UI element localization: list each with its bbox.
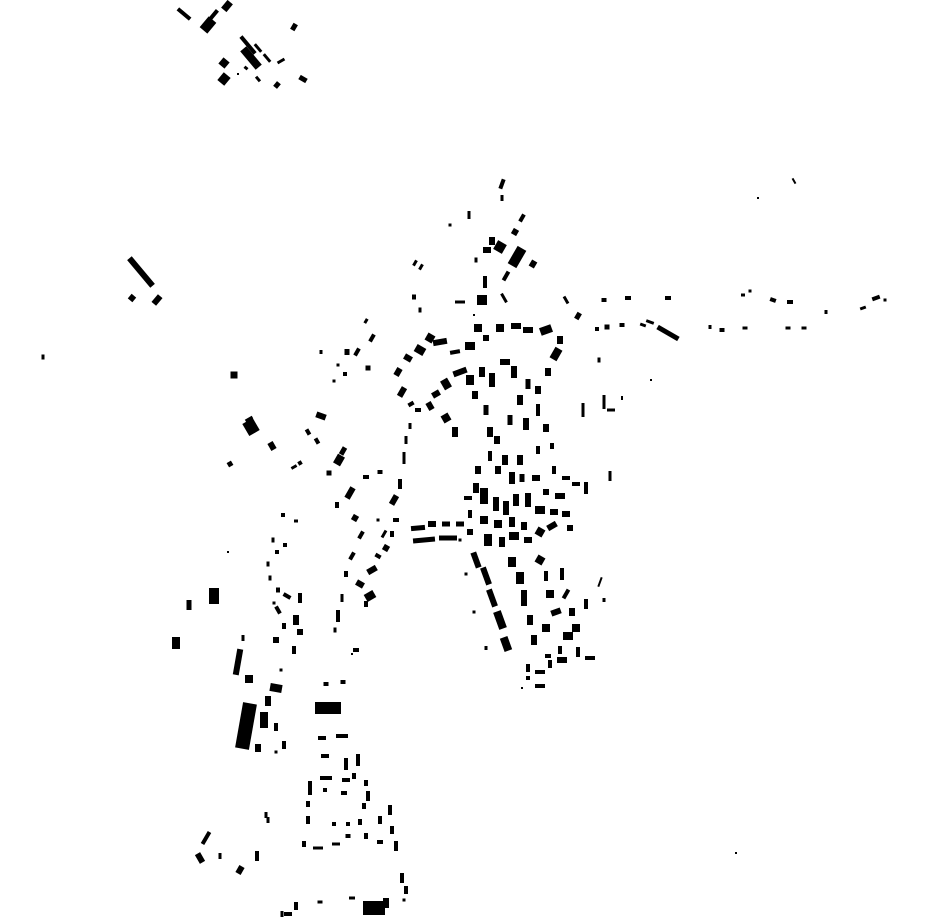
building-footprint bbox=[374, 553, 381, 559]
building-footprint bbox=[825, 310, 828, 314]
building-footprint bbox=[550, 607, 561, 616]
building-footprint bbox=[542, 624, 550, 632]
building-footprint bbox=[255, 76, 261, 83]
building-footprint bbox=[337, 364, 340, 367]
building-footprint bbox=[414, 344, 427, 356]
building-footprint bbox=[499, 537, 505, 547]
building-footprint bbox=[523, 418, 529, 430]
building-footprint bbox=[472, 391, 478, 399]
building-footprint bbox=[572, 482, 580, 486]
building-footprint bbox=[364, 601, 368, 607]
building-footprint bbox=[526, 379, 531, 389]
building-footprint bbox=[527, 615, 533, 625]
building-footprint bbox=[219, 853, 222, 859]
building-footprint bbox=[749, 290, 752, 293]
building-footprint bbox=[255, 744, 261, 752]
building-footprint bbox=[218, 57, 229, 68]
building-footprint bbox=[572, 624, 580, 632]
building-footprint bbox=[543, 424, 549, 432]
building-footprint bbox=[315, 411, 326, 420]
building-footprint bbox=[172, 637, 180, 649]
building-footprint bbox=[320, 776, 332, 780]
building-footprint bbox=[488, 451, 492, 461]
building-footprint bbox=[625, 296, 631, 300]
building-footprint bbox=[523, 327, 533, 333]
building-footprint bbox=[543, 489, 549, 495]
building-footprint bbox=[545, 654, 551, 658]
building-footprint bbox=[407, 401, 414, 407]
building-footprint bbox=[227, 551, 229, 553]
building-footprint bbox=[517, 455, 523, 465]
building-footprint bbox=[388, 805, 392, 815]
building-footprint bbox=[187, 600, 192, 610]
building-footprint bbox=[511, 323, 521, 329]
building-footprint bbox=[263, 53, 272, 63]
building-footprint bbox=[757, 197, 759, 199]
building-footprint bbox=[431, 389, 441, 398]
building-footprint bbox=[473, 483, 479, 493]
building-footprint bbox=[494, 520, 502, 528]
building-footprint bbox=[464, 496, 472, 500]
building-footprint bbox=[364, 833, 368, 839]
building-footprint bbox=[313, 847, 323, 850]
figure-ground-map bbox=[0, 0, 930, 924]
building-footprint bbox=[860, 306, 867, 311]
building-footprint bbox=[508, 557, 516, 567]
building-footprint bbox=[341, 680, 346, 684]
building-footprint bbox=[298, 593, 302, 603]
building-footprint bbox=[621, 396, 623, 400]
building-footprint bbox=[245, 675, 253, 683]
building-footprint bbox=[409, 423, 412, 429]
building-footprint bbox=[265, 696, 271, 706]
building-footprint bbox=[872, 295, 881, 301]
building-footprint bbox=[332, 822, 336, 826]
building-footprint bbox=[378, 470, 383, 474]
building-footprint bbox=[495, 466, 501, 474]
building-footprint bbox=[474, 324, 482, 332]
building-footprint bbox=[479, 367, 485, 377]
building-footprint bbox=[769, 297, 776, 303]
building-footprint bbox=[363, 901, 385, 915]
building-footprint bbox=[425, 401, 434, 411]
building-footprint bbox=[344, 486, 355, 499]
building-footprint bbox=[884, 299, 887, 302]
building-footprint bbox=[536, 446, 540, 454]
building-footprint bbox=[473, 611, 476, 614]
building-footprint bbox=[465, 342, 475, 350]
building-footprint bbox=[284, 912, 292, 916]
building-footprint bbox=[459, 539, 462, 542]
building-footprint bbox=[524, 537, 532, 543]
building-footprint bbox=[467, 529, 473, 535]
building-footprint bbox=[560, 568, 564, 580]
building-footprint bbox=[269, 576, 272, 581]
building-footprint bbox=[529, 259, 538, 268]
building-footprint bbox=[516, 572, 524, 584]
building-footprint bbox=[362, 803, 366, 809]
building-footprint bbox=[415, 408, 421, 412]
building-footprint bbox=[440, 378, 452, 391]
building-footprint bbox=[281, 513, 285, 517]
building-footprint bbox=[336, 734, 348, 738]
building-footprint bbox=[484, 405, 489, 415]
building-footprint bbox=[267, 441, 276, 451]
building-footprint bbox=[357, 531, 364, 540]
building-footprint bbox=[574, 312, 582, 321]
building-footprint bbox=[302, 841, 306, 847]
building-footprint bbox=[315, 702, 341, 714]
building-footprint bbox=[498, 179, 505, 190]
building-footprint bbox=[272, 538, 275, 543]
building-footprint bbox=[597, 577, 602, 587]
building-footprint bbox=[787, 300, 793, 304]
building-footprint bbox=[535, 684, 545, 688]
building-footprint bbox=[394, 841, 398, 851]
building-footprint bbox=[536, 404, 540, 416]
building-footprint bbox=[603, 395, 606, 409]
building-footprint bbox=[480, 488, 488, 504]
building-footprint bbox=[321, 754, 329, 758]
building-footprint bbox=[465, 573, 468, 576]
building-footprint bbox=[741, 294, 745, 297]
building-footprint bbox=[274, 723, 278, 731]
building-footprint bbox=[520, 474, 525, 482]
building-footprint bbox=[344, 758, 348, 770]
building-footprint bbox=[363, 475, 369, 479]
building-footprint bbox=[802, 327, 807, 330]
building-footprint bbox=[743, 327, 748, 330]
building-footprint bbox=[585, 656, 595, 660]
building-footprint bbox=[546, 521, 558, 531]
building-footprint bbox=[291, 464, 298, 470]
building-footprint bbox=[233, 649, 243, 676]
building-footprint bbox=[509, 532, 519, 540]
building-footprint bbox=[503, 501, 509, 515]
building-footprint bbox=[151, 294, 162, 306]
building-footprint bbox=[486, 589, 498, 608]
building-footprint bbox=[496, 324, 504, 332]
building-footprint bbox=[297, 460, 302, 465]
building-footprint bbox=[237, 73, 239, 75]
building-footprint bbox=[442, 522, 450, 527]
building-footprint bbox=[709, 325, 712, 329]
building-footprint bbox=[273, 81, 281, 89]
building-footprint bbox=[403, 353, 413, 362]
building-footprint bbox=[508, 415, 513, 425]
building-footprint bbox=[343, 372, 347, 376]
building-footprint bbox=[306, 801, 310, 807]
building-footprint bbox=[390, 531, 394, 537]
building-footprint bbox=[584, 482, 588, 494]
building-footprint bbox=[485, 646, 488, 650]
building-footprint bbox=[508, 246, 527, 268]
building-footprint bbox=[332, 843, 340, 846]
building-footprint bbox=[609, 471, 612, 481]
building-footprint bbox=[500, 636, 512, 652]
building-footprint bbox=[602, 298, 607, 302]
building-footprint bbox=[353, 648, 359, 652]
building-footprint bbox=[341, 791, 347, 795]
building-footprint bbox=[242, 635, 245, 641]
building-footprint bbox=[493, 610, 507, 630]
building-footprint bbox=[298, 75, 307, 83]
building-footprint bbox=[294, 520, 298, 523]
building-footprint bbox=[377, 519, 380, 522]
building-footprint bbox=[546, 590, 554, 598]
building-footprint bbox=[383, 898, 389, 908]
building-footprint bbox=[314, 437, 320, 444]
building-footprint bbox=[640, 323, 647, 328]
building-footprint bbox=[518, 214, 525, 223]
building-footprint bbox=[334, 628, 337, 633]
building-footprint bbox=[563, 632, 573, 640]
building-footprint bbox=[419, 308, 422, 313]
building-footprint bbox=[483, 276, 487, 288]
building-footprint bbox=[555, 493, 565, 499]
building-footprint bbox=[217, 72, 230, 85]
building-footprint bbox=[227, 461, 234, 468]
building-footprint bbox=[306, 816, 310, 824]
building-footprint bbox=[582, 403, 585, 417]
building-footprint bbox=[452, 427, 458, 437]
building-footprint bbox=[333, 380, 336, 383]
building-footprint bbox=[509, 472, 515, 484]
building-footprint bbox=[127, 256, 155, 287]
building-footprint bbox=[720, 328, 725, 332]
building-footprint bbox=[411, 525, 425, 531]
building-footprint bbox=[650, 379, 652, 381]
building-footprint bbox=[567, 525, 573, 531]
building-footprint bbox=[511, 228, 519, 236]
building-footprint bbox=[500, 293, 508, 303]
building-footprint bbox=[404, 886, 408, 894]
building-footprint bbox=[439, 536, 457, 541]
building-footprint bbox=[273, 637, 279, 643]
building-footprint bbox=[353, 348, 360, 357]
building-footprint bbox=[489, 237, 495, 245]
building-footprint bbox=[342, 778, 350, 782]
building-footprint bbox=[475, 466, 481, 474]
building-footprint bbox=[509, 517, 515, 527]
building-footprint bbox=[532, 475, 540, 481]
building-footprint bbox=[366, 366, 371, 371]
building-footprint bbox=[468, 211, 471, 219]
building-footprint bbox=[557, 657, 567, 663]
building-footprint bbox=[346, 822, 350, 826]
building-footprint bbox=[412, 295, 416, 300]
building-footprint bbox=[282, 741, 286, 749]
building-footprint bbox=[352, 773, 356, 779]
building-footprint bbox=[792, 178, 797, 184]
building-footprint bbox=[413, 537, 435, 544]
building-footprint bbox=[521, 590, 527, 606]
building-footprint bbox=[292, 646, 296, 654]
building-footprint bbox=[473, 314, 475, 316]
building-footprint bbox=[450, 349, 461, 355]
building-footprint bbox=[539, 324, 553, 336]
building-footprint bbox=[493, 240, 507, 254]
building-footprint bbox=[535, 386, 541, 394]
building-footprint bbox=[221, 0, 233, 12]
building-footprint bbox=[351, 514, 359, 522]
building-footprint bbox=[378, 816, 382, 824]
building-footprint bbox=[480, 567, 492, 586]
building-footprint bbox=[665, 296, 671, 300]
building-footprint bbox=[336, 610, 340, 622]
building-footprint bbox=[345, 349, 350, 355]
building-footprint bbox=[502, 271, 510, 282]
building-footprint bbox=[235, 702, 257, 750]
building-footprint bbox=[177, 7, 192, 20]
building-footprint bbox=[364, 590, 377, 602]
building-footprint bbox=[563, 296, 570, 304]
building-footprint bbox=[456, 522, 464, 527]
building-footprint bbox=[483, 335, 489, 341]
building-footprint bbox=[544, 571, 548, 581]
building-footprint bbox=[466, 375, 474, 385]
building-footprint bbox=[267, 562, 270, 567]
building-footprint bbox=[605, 325, 610, 330]
building-footprint bbox=[269, 683, 282, 693]
building-footprint bbox=[277, 58, 285, 65]
building-footprint bbox=[535, 506, 545, 514]
building-footprint bbox=[351, 653, 353, 655]
building-footprint bbox=[346, 834, 351, 838]
building-footprint bbox=[390, 826, 394, 834]
building-footprint bbox=[603, 598, 606, 602]
building-footprint bbox=[200, 16, 217, 33]
building-footprint bbox=[324, 682, 329, 686]
building-footprint bbox=[483, 247, 491, 253]
building-footprint bbox=[276, 588, 280, 593]
building-footprint bbox=[646, 319, 655, 325]
building-footprint bbox=[398, 479, 402, 489]
building-footprint bbox=[42, 355, 45, 360]
building-footprint bbox=[393, 518, 399, 522]
building-footprint bbox=[513, 494, 519, 506]
building-footprint bbox=[281, 911, 284, 917]
building-footprint bbox=[366, 791, 370, 801]
building-footprint bbox=[521, 687, 523, 689]
building-footprint bbox=[441, 413, 452, 424]
building-footprint bbox=[550, 347, 563, 361]
building-footprint bbox=[620, 323, 625, 327]
building-footprint bbox=[397, 386, 407, 398]
building-footprint bbox=[569, 608, 575, 616]
building-footprint bbox=[786, 327, 791, 330]
building-footprint bbox=[475, 258, 478, 263]
building-footprint bbox=[493, 497, 499, 511]
building-footprint bbox=[550, 509, 558, 515]
building-footprint bbox=[412, 260, 418, 267]
building-footprint bbox=[484, 534, 492, 546]
building-footprint bbox=[525, 493, 531, 507]
building-footprint bbox=[389, 494, 399, 506]
building-footprint bbox=[377, 840, 383, 844]
building-footprint bbox=[550, 443, 554, 449]
building-footprint bbox=[477, 295, 487, 305]
building-footprint bbox=[489, 373, 495, 387]
building-footprint bbox=[283, 592, 292, 599]
building-footprint bbox=[363, 318, 368, 324]
building-footprint bbox=[341, 594, 344, 602]
building-footprint bbox=[366, 565, 378, 575]
building-footprint bbox=[290, 23, 298, 32]
building-footprint bbox=[468, 510, 472, 518]
building-footprint bbox=[656, 325, 679, 341]
building-footprint bbox=[502, 455, 508, 465]
building-footprint bbox=[552, 466, 556, 474]
building-footprint bbox=[231, 372, 238, 379]
building-footprint bbox=[275, 751, 278, 754]
building-footprint bbox=[356, 754, 360, 766]
building-footprint bbox=[562, 511, 570, 517]
building-footprint bbox=[449, 224, 452, 227]
building-footprint bbox=[584, 599, 588, 609]
building-footprint bbox=[260, 712, 268, 728]
building-footprint bbox=[562, 589, 570, 600]
building-footprint bbox=[433, 338, 448, 346]
building-footprint bbox=[308, 781, 312, 795]
building-footprint bbox=[487, 427, 493, 437]
building-footprint bbox=[318, 736, 326, 740]
building-footprint bbox=[535, 527, 546, 538]
building-footprint bbox=[318, 901, 323, 904]
building-footprint bbox=[195, 852, 205, 864]
building-footprint bbox=[480, 516, 488, 524]
building-footprint bbox=[305, 428, 311, 435]
building-footprint bbox=[358, 819, 362, 825]
building-footprint bbox=[403, 899, 406, 902]
building-footprint bbox=[535, 555, 546, 566]
building-footprint bbox=[320, 350, 323, 354]
building-footprint bbox=[267, 817, 270, 823]
building-footprint bbox=[521, 522, 527, 530]
building-footprint bbox=[607, 409, 615, 412]
building-footprint bbox=[349, 897, 355, 900]
building-footprint bbox=[531, 635, 537, 645]
building-footprint bbox=[339, 446, 347, 455]
building-footprint bbox=[735, 852, 737, 854]
building-footprint bbox=[595, 327, 599, 331]
building-footprints-layer bbox=[0, 0, 930, 924]
building-footprint bbox=[562, 476, 570, 480]
building-footprint bbox=[242, 418, 259, 436]
building-footprint bbox=[128, 294, 136, 302]
building-footprint bbox=[576, 647, 580, 657]
building-footprint bbox=[500, 359, 510, 365]
building-footprint bbox=[455, 301, 465, 304]
building-footprint bbox=[405, 436, 408, 444]
building-footprint bbox=[400, 873, 404, 883]
building-footprint bbox=[255, 851, 259, 861]
building-footprint bbox=[201, 831, 211, 845]
building-footprint bbox=[355, 579, 365, 588]
building-footprint bbox=[275, 550, 279, 554]
building-footprint bbox=[297, 629, 303, 635]
building-footprint bbox=[368, 334, 375, 343]
building-footprint bbox=[294, 902, 298, 910]
building-footprint bbox=[381, 530, 388, 538]
building-footprint bbox=[517, 395, 523, 405]
building-footprint bbox=[418, 264, 424, 271]
building-footprint bbox=[557, 336, 563, 344]
building-footprint bbox=[393, 367, 402, 377]
building-footprint bbox=[348, 552, 355, 561]
building-footprint bbox=[293, 615, 299, 625]
building-footprint bbox=[511, 366, 517, 378]
